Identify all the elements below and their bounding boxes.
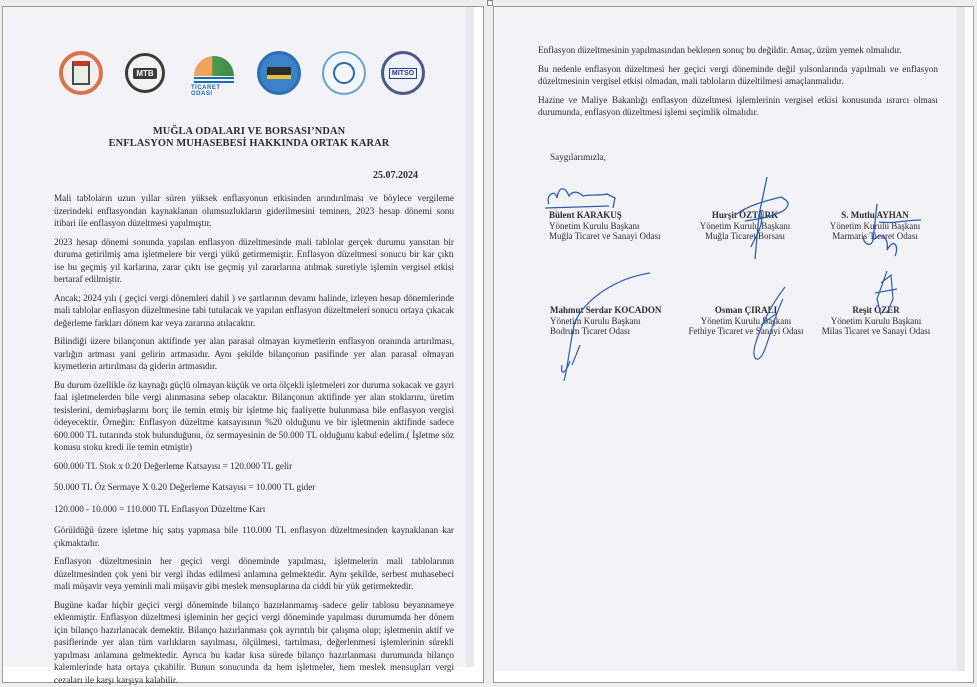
closing-salutation: Saygılarımızla, — [550, 152, 606, 162]
bodrum-to-logo-icon — [257, 51, 301, 95]
signatory-name: Reşit ÖZER — [811, 305, 941, 316]
document-title: MUĞLA ODALARI VE BORSASI’NDAN ENFLASYON … — [34, 126, 464, 150]
paragraph: Bu nedenle enflasyon düzeltmesi her geçi… — [538, 63, 938, 88]
signatory-name: Hurşit ÖZTÜRK — [685, 210, 805, 221]
title-line-2: ENFLASYON MUHASEBESİ HAKKINDA ORTAK KARA… — [34, 138, 464, 150]
paragraph: Bilindiği üzere bilançonun aktifinde yer… — [54, 335, 454, 373]
paragraph: Mali tabloların uzun yıllar süren yüksek… — [54, 192, 454, 230]
signatory-ozturk: Hurşit ÖZTÜRK Yönetim Kurulu Başkanı Muğ… — [685, 210, 805, 242]
paragraph: Hazine ve Maliye Bakanlığı enflasyon düz… — [538, 94, 938, 119]
fethiye-tso-logo-icon — [322, 51, 366, 95]
muğla-tso-logo-icon — [59, 51, 103, 95]
signature-icon — [543, 182, 623, 212]
signatory-cirali: Osman ÇIRALI Yönetim Kurulu Başkanı Feth… — [681, 305, 811, 337]
signatory-org: Bodrum Ticaret Odası — [550, 326, 700, 337]
page-2-paper: Enflasyon düzeltmesinin yapılmasından be… — [495, 7, 965, 671]
signatory-name: Bülent KARAKUŞ — [549, 210, 689, 221]
mtb-logo-text: MTB — [133, 68, 156, 79]
signatory-role: Yönetim Kurulu Başkanı — [811, 316, 941, 327]
calculation-line: 600.000 TL Stok x 0.20 Değerleme Katsayı… — [54, 460, 454, 473]
paragraph: Bugüne kadar hiçbir geçici vergi dönemin… — [54, 599, 454, 687]
paragraph: Ancak; 2024 yılı ( geçici vergi dönemler… — [54, 292, 454, 330]
marmaris-logo-text: TİCARET ODASI — [191, 85, 237, 97]
document-date: 25.07.2024 — [373, 170, 418, 181]
page-1-paper: MTB TİCARET ODASI MITSO MUĞLA ODALARI VE… — [4, 7, 474, 667]
marmaris-to-logo-icon: TİCARET ODASI — [191, 51, 237, 97]
page-1-body: Mali tabloların uzun yıllar süren yüksek… — [54, 192, 454, 687]
signatory-name: S. Mutlu AYHAN — [813, 210, 937, 221]
page-1: MTB TİCARET ODASI MITSO MUĞLA ODALARI VE… — [2, 6, 484, 683]
paragraph: Bu durum özellikle öz kaynağı güçlü olma… — [54, 379, 454, 454]
signatory-role: Yönetim Kurulu Başkanı — [550, 316, 700, 327]
paragraph: Görüldüğü üzere işletme hiç satış yapmas… — [54, 524, 454, 549]
paper-edge — [957, 7, 965, 671]
mitso-logo-icon: MITSO — [381, 51, 425, 95]
mtb-logo-icon: MTB — [125, 53, 165, 93]
signatory-ozer: Reşit ÖZER Yönetim Kurulu Başkanı Milas … — [811, 305, 941, 337]
signatory-karakus: Bülent KARAKUŞ Yönetim Kurulu Başkanı Mu… — [549, 210, 689, 242]
signatory-role: Yönetim Kurulu Başkanı — [813, 221, 937, 232]
page-2: Enflasyon düzeltmesinin yapılmasından be… — [493, 6, 974, 683]
paragraph: Enflasyon düzeltmesinin her geçici vergi… — [54, 555, 454, 593]
calculation-line: 120.000 - 10.000 = 110.000 TL Enflasyon … — [54, 503, 454, 516]
signatory-org: Milas Ticaret ve Sanayi Odası — [811, 326, 941, 337]
signatory-name: Mahmut Serdar KOCADON — [550, 305, 700, 316]
signatory-role: Yönetim Kurulu Başkanı — [685, 221, 805, 232]
signatory-role: Yönetim Kurulu Başkanı — [681, 316, 811, 327]
signatory-org: Muğla Ticaret Borsası — [685, 231, 805, 242]
page-2-body: Enflasyon düzeltmesinin yapılmasından be… — [538, 44, 938, 125]
paragraph: 2023 hesap dönemi sonunda yapılan enflas… — [54, 236, 454, 286]
signatory-ayhan: S. Mutlu AYHAN Yönetim Kurulu Başkanı Ma… — [813, 210, 937, 242]
signatory-org: Marmaris Ticaret Odası — [813, 231, 937, 242]
title-line-1: MUĞLA ODALARI VE BORSASI’NDAN — [34, 126, 464, 138]
signatory-role: Yönetim Kurulu Başkanı — [549, 221, 689, 232]
paper-edge — [466, 7, 474, 667]
signatory-kocadon: Mahmut Serdar KOCADON Yönetim Kurulu Baş… — [550, 305, 700, 337]
signatory-name: Osman ÇIRALI — [681, 305, 811, 316]
signatory-org: Fethiye Ticaret ve Sanayi Odası — [681, 326, 811, 337]
mitso-logo-text: MITSO — [389, 68, 417, 79]
signatory-org: Muğla Ticaret ve Sanayi Odası — [549, 231, 689, 242]
chamber-logos: MTB TİCARET ODASI MITSO — [56, 51, 428, 99]
calculation-line: 50.000 TL Öz Sermaye X 0.20 Değerleme Ka… — [54, 481, 454, 494]
paragraph: Enflasyon düzeltmesinin yapılmasından be… — [538, 44, 938, 57]
